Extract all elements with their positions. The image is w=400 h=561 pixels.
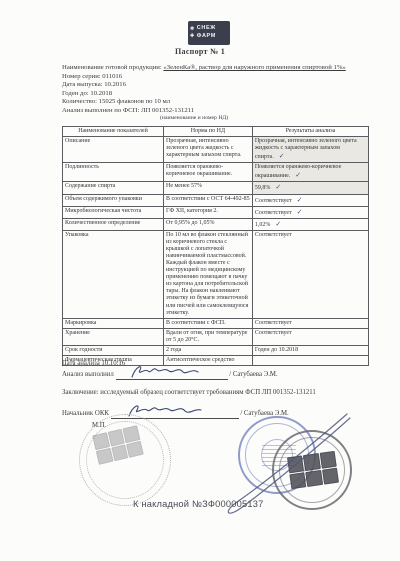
cell-indicator-name: Маркировка [63,318,164,328]
page-title: Паспорт № 1 [0,47,400,56]
table-row: МаркировкаВ соответствии с ФСП.Соответст… [63,318,369,328]
analyst-signature-row: Анализ выполнил / Сатубаева Э.М. [62,371,388,380]
logo-bottom-text: ФАРМ [197,33,216,41]
snezhfarm-logo: ❄ СНЕЖ ✚ ФАРМ [188,21,230,45]
cell-result: 1,02%✓ [252,218,368,230]
pen-stroke-mark [205,400,360,515]
analyst-signature-line [116,371,228,380]
nd-note: (наименование и номер НД) [160,115,388,122]
conclusion-line: Заключение: исследуемый образец соответс… [62,389,388,398]
table-body: ОписаниеПрозрачная, интенсивно зеленого … [63,137,369,366]
cell-norm: Не менее 57% [163,182,252,194]
cell-norm: В соответствии с ОСТ 64-492-85 [163,194,252,206]
col-header-norm: Норма по НД [163,127,252,137]
cell-norm: Прозрачная, интенсивно зеленого цвета жи… [163,137,252,163]
cell-result: Соответствует [252,328,368,345]
col-header-results: Результаты анализа [252,127,368,137]
product-label: Наименование готовой продукции: [62,64,162,71]
pen-checkmark-icon: ✓ [275,183,281,191]
snowflake-icon: ❄ [190,26,195,33]
cell-norm: Появляется оранжево-коричневое окрашиван… [163,163,252,182]
cell-indicator-name: Микробиологическая чистота [63,206,164,218]
cell-result: Соответствует [252,318,368,328]
cell-norm: В соответствии с ФСП. [163,318,252,328]
cell-indicator-name: Срок годности [63,345,164,355]
pen-checkmark-icon: ✓ [297,196,303,204]
cell-indicator-name: Описание [63,137,164,163]
scanned-passport-document: ❄ СНЕЖ ✚ ФАРМ Паспорт № 1 Наименование г… [0,0,400,561]
logo-top-row: ❄ СНЕЖ [190,25,228,33]
analyst-signature-icon [128,363,200,381]
logo-bottom-row: ✚ ФАРМ [190,33,228,41]
table-row: Срок годности2 годаГоден до 10.2018 [63,345,369,355]
table-row: ПодлинностьПоявляется оранжево-коричнево… [63,163,369,182]
info-line: Номер серии: 011016 [62,73,388,82]
pen-checkmark-icon: ✓ [295,171,301,179]
cell-indicator-name: Подлинность [63,163,164,182]
cell-indicator-name: Объем содержимого упаковки [63,194,164,206]
info-line: Количество: 15025 флаконов по 10 мл [62,98,388,107]
cell-indicator-name: Содержание спирта [63,182,164,194]
product-name-line: Наименование готовой продукции: «ЗеленКа… [62,64,388,73]
snezhfarm-stamp-logo [92,425,144,465]
table-row: Микробиологическая чистотаГФ XII, катего… [63,206,369,218]
table-row: ХранениеВдали от огня, при температуре о… [63,328,369,345]
table-row: Объем содержимого упаковкиВ соответствии… [63,194,369,206]
cell-norm: Вдали от огня, при температуре от 5 до 2… [163,328,252,345]
cell-norm: ГФ XII, категория 2. [163,206,252,218]
cell-indicator-name: Количественное определение [63,218,164,230]
pen-checkmark-icon: ✓ [297,208,303,216]
product-value: «ЗеленКа®, раствор для наружного примене… [163,64,345,71]
cell-result: Прозрачная, интенсивно зеленого цвета жи… [252,137,368,163]
analyst-label: Анализ выполнил [62,371,114,378]
pen-checkmark-icon: ✓ [279,152,285,160]
analysis-results-table: Наименование показателей Норма по НД Рез… [62,126,369,366]
invoice-reference: К накладной №ЗФ000005137 [133,499,263,509]
table-row: ОписаниеПрозрачная, интенсивно зеленого … [63,137,369,163]
table-row: УпаковкаПо 10 мл во флакон стеклянный из… [63,230,369,318]
product-info-block: Наименование готовой продукции: «ЗеленКа… [62,64,388,123]
pen-checkmark-icon: ✓ [275,220,281,228]
table-row: Содержание спиртаНе менее 57%59,8%✓ [63,182,369,194]
logo-top-text: СНЕЖ [197,25,216,33]
cell-norm: По 10 мл во флакон стеклянный из коричне… [163,230,252,318]
cross-icon: ✚ [190,33,195,40]
cell-result: Появляется оранжево-коричневое окрашиван… [252,163,368,182]
table-row: Количественное определениеОт 0,95% до 1,… [63,218,369,230]
info-line: Дата выпуска: 10.2016 [62,81,388,90]
cell-indicator-name: Упаковка [63,230,164,318]
cell-indicator-name: Хранение [63,328,164,345]
analysis-date-line: Дата анализа 10.10.16 [62,360,388,369]
cell-result: Соответствует✓ [252,194,368,206]
cell-norm: 2 года [163,345,252,355]
table-header-row: Наименование показателей Норма по НД Рез… [63,127,369,137]
cell-result: Годен до 10.2018 [252,345,368,355]
head-okk-label: Начальник ОКК [62,410,109,417]
col-header-indicators: Наименование показателей [63,127,164,137]
cell-result: 59,8%✓ [252,182,368,194]
info-line: Годен до: 10.2018 [62,90,388,99]
faded-round-stamp [79,414,171,506]
cell-result: Соответствует [252,230,368,318]
analyst-name: / Сатубаева Э.М. [229,371,277,378]
info-lines: Номер серии: 011016Дата выпуска: 10.2016… [62,73,388,116]
cell-norm: От 0,95% до 1,05% [163,218,252,230]
cell-result: Соответствует✓ [252,206,368,218]
